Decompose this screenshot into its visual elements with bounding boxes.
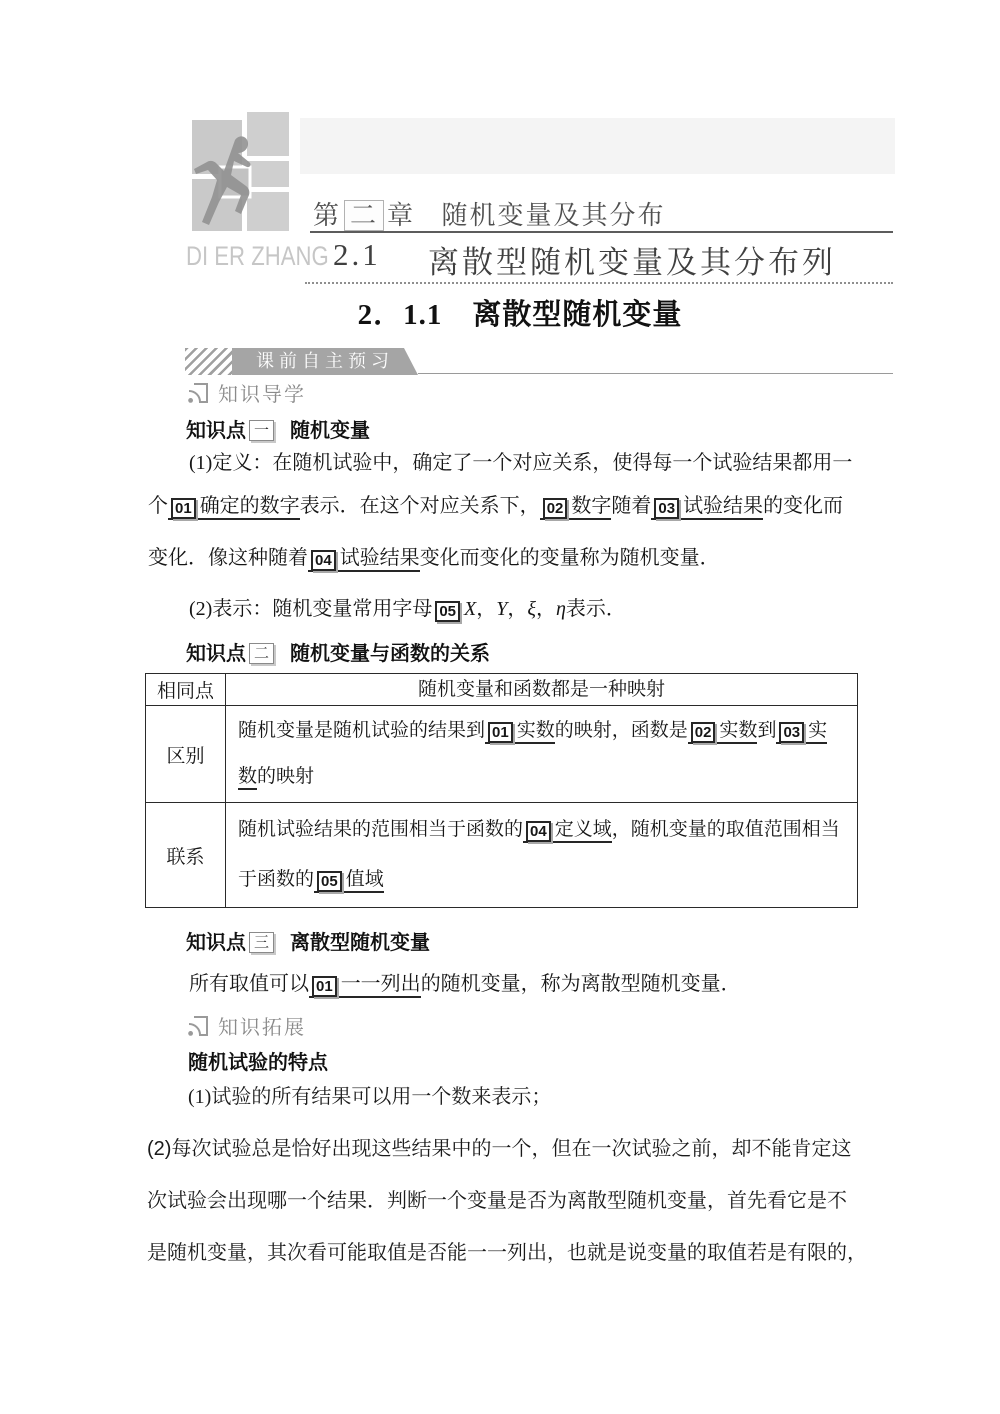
table-row: 相同点 随机变量和函数都是一种映射	[146, 674, 858, 706]
answer-blank: 05值域	[314, 869, 384, 893]
expand-heading: 随机试验的特点	[188, 1046, 328, 1075]
chapter-suffix: 章	[387, 201, 415, 230]
answer-blank: 02数字	[540, 495, 612, 520]
table-cell: 随机试验结果的范围相当于函数的04定义域，随机变量的取值范围相当于函数的05值域	[226, 803, 858, 908]
answer-blank: 04定义域	[523, 819, 612, 843]
kp1-number-box: 一	[249, 420, 274, 441]
answer-blank: 04试验结果	[308, 547, 420, 572]
section-title: 离散型随机变量及其分布列	[428, 237, 836, 282]
preview-banner: 课前自主预习	[232, 348, 418, 375]
kp1-paragraph-line: (2)表示：随机变量常用字母05X，Y，ξ，η表示．	[189, 592, 626, 622]
kp3-number-box: 三	[249, 932, 274, 953]
answer-blank: 01确定的数字	[168, 495, 300, 520]
answer-number-box: 04	[311, 550, 336, 571]
chapter-pinyin-caption: DI ER ZHANG	[186, 241, 317, 272]
answer-number-box: 03	[779, 722, 804, 743]
italic-variable: Y	[496, 598, 507, 620]
expand-paragraph-line: 是随机变量，其次看可能取值是否能一一列出，也就是说变量的取值若是有限的，	[147, 1236, 867, 1265]
comparison-table: 相同点 随机变量和函数都是一种映射 区别 随机变量是随机试验的结果到01实数的映…	[145, 673, 858, 908]
table-row-label: 相同点	[146, 674, 226, 706]
feed-icon	[186, 1014, 210, 1038]
italic-variable: X	[464, 598, 476, 620]
expand-item-1: (1)试验的所有结果可以用一个数来表示；	[188, 1080, 551, 1109]
banner-rule	[418, 373, 893, 374]
knowledge-guide-label: 知识导学	[218, 378, 306, 407]
answer-number-box: 05	[317, 871, 342, 892]
chapter-heading: 第二章 随机变量及其分布	[313, 195, 666, 232]
kp1-title: 随机变量	[290, 420, 370, 442]
kp1-paragraph-line: (1)定义：在随机试验中，确定了一个对应关系，使得每一个试验结果都用一	[189, 446, 852, 475]
header-background-band	[300, 118, 895, 174]
page-title: 2．1.1 离散型随机变量	[145, 292, 895, 333]
chapter-number-box: 二	[344, 200, 384, 231]
table-row-label: 区别	[146, 706, 226, 803]
knowledge-expand-label: 知识拓展	[218, 1011, 306, 1040]
kp3-paragraph-line: 所有取值可以01一一列出的随机变量，称为离散型随机变量．	[189, 967, 741, 997]
italic-variable: ξ	[527, 598, 536, 620]
answer-text: 定义域	[555, 819, 612, 840]
answer-number-box: 05	[435, 601, 460, 622]
kp3-heading: 知识点三离散型随机变量	[186, 926, 430, 955]
answer-number-box: 03	[654, 498, 679, 519]
feed-icon	[186, 381, 210, 405]
knowledge-guide-row: 知识导学	[186, 378, 306, 407]
kp2-number-box: 二	[249, 643, 274, 664]
answer-number-box: 01	[171, 498, 196, 519]
answer-text: 一一列出	[341, 973, 421, 995]
answer-blank: 01一一列出	[309, 973, 421, 998]
kp1-heading: 知识点一随机变量	[186, 414, 370, 443]
answer-text: 数字	[571, 495, 611, 517]
kp2-title: 随机变量与函数的关系	[290, 643, 490, 665]
kp-label: 知识点	[186, 932, 246, 954]
answer-number-box: 02	[543, 498, 568, 519]
answer-text: 值域	[346, 869, 384, 890]
chapter-prefix: 第	[313, 201, 341, 230]
answer-text: 确定的数字	[200, 495, 300, 517]
table-cell: 随机变量是随机试验的结果到01实数的映射，函数是02实数到03实数的映射	[226, 706, 858, 803]
section-number: 2.1	[333, 237, 381, 273]
answer-text: 实数	[719, 720, 757, 741]
expand-paragraph-line: (2)每次试验总是恰好出现这些结果中的一个，但在一次试验之前，却不能肯定这	[147, 1132, 851, 1161]
answer-blank: 03试验结果	[651, 495, 763, 520]
banner-hatch-decoration	[185, 348, 232, 375]
italic-variable: η	[556, 598, 566, 620]
answer-blank: 01实数	[485, 720, 555, 744]
kp2-heading: 知识点二随机变量与函数的关系	[186, 637, 490, 666]
answer-number-box: 01	[312, 976, 337, 997]
answer-text: 实数	[517, 720, 555, 741]
table-row: 联系 随机试验结果的范围相当于函数的04定义域，随机变量的取值范围相当于函数的0…	[146, 803, 858, 908]
answer-number-box: 02	[691, 722, 716, 743]
answer-blank: 05	[432, 598, 464, 621]
answer-text: 试验结果	[683, 495, 763, 517]
header-rule	[310, 231, 893, 233]
expand-paragraph-line: 次试验会出现哪一个结果．判断一个变量是否为离散型随机变量，首先看它是不	[147, 1184, 847, 1213]
answer-number-box: 01	[488, 722, 513, 743]
chapter-title: 随机变量及其分布	[442, 201, 666, 230]
kp-label: 知识点	[186, 420, 246, 442]
table-row-label: 联系	[146, 803, 226, 908]
table-row: 区别 随机变量是随机试验的结果到01实数的映射，函数是02实数到03实数的映射	[146, 706, 858, 803]
answer-blank: 02实数	[688, 720, 758, 744]
kp1-paragraph-line: 变化．像这种随着04试验结果变化而变化的变量称为随机变量．	[148, 541, 720, 571]
chapter-logo-graphic	[186, 110, 304, 238]
answer-number-box: 04	[526, 821, 551, 842]
knowledge-expand-row: 知识拓展	[186, 1011, 306, 1040]
kp1-paragraph-line: 个01确定的数字表示．在这个对应关系下，02数字随着03试验结果的变化而	[148, 489, 843, 519]
textbook-page: DI ER ZHANG 第二章 随机变量及其分布 2.1 离散型随机变量及其分布…	[0, 0, 1000, 1414]
kp-label: 知识点	[186, 643, 246, 665]
kp3-title: 离散型随机变量	[290, 932, 430, 954]
answer-text: 试验结果	[340, 547, 420, 569]
header-dotted-rule	[305, 282, 893, 284]
table-cell: 随机变量和函数都是一种映射	[226, 674, 858, 706]
